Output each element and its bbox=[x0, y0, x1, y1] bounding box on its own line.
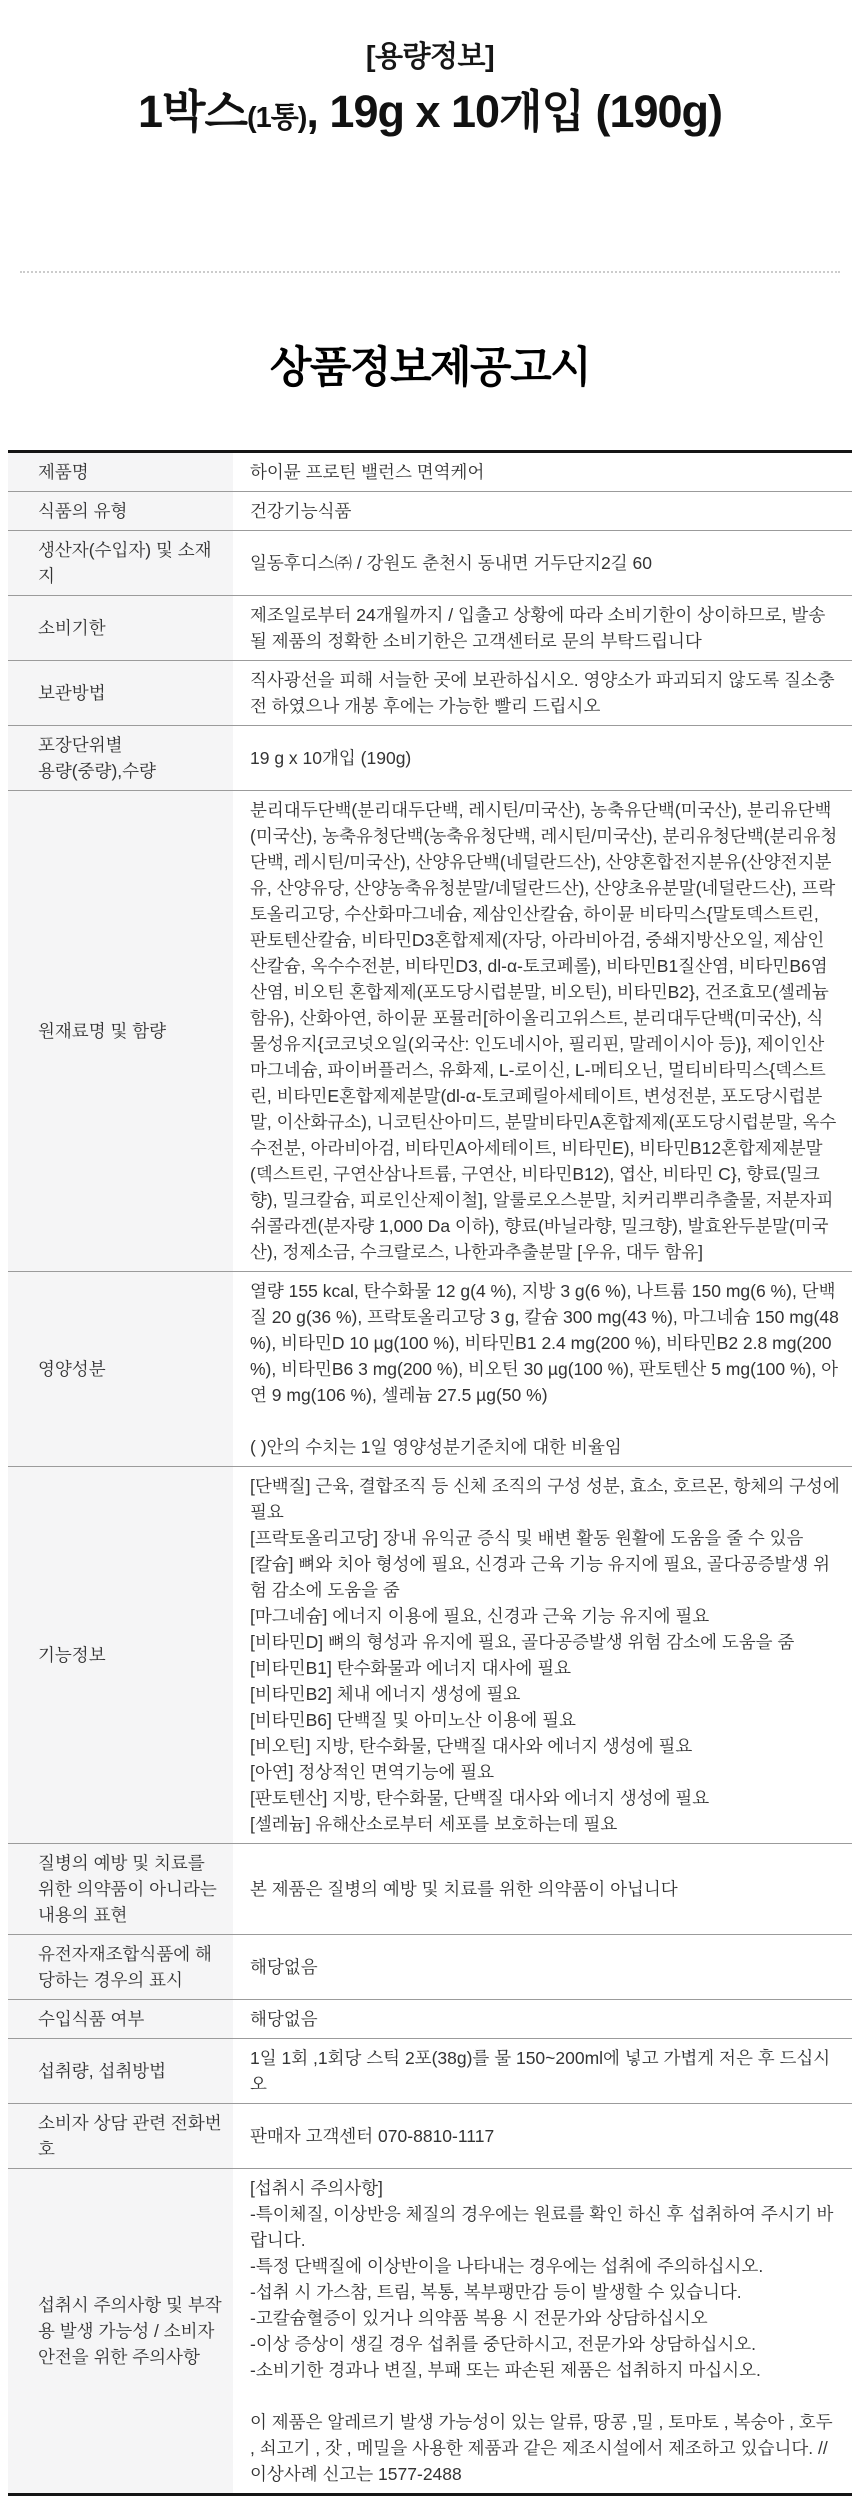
dotted-divider bbox=[20, 271, 840, 273]
spec-table-row: 수입식품 여부 해당없음 bbox=[8, 2000, 852, 2039]
spec-row-value: 제조일로부터 24개월까지 / 입출고 상황에 따라 소비기한이 상이하므로, … bbox=[233, 596, 852, 661]
spec-table-row: 원재료명 및 함량 분리대두단백(분리대두단백, 레시틴/미국산), 농축유단백… bbox=[8, 791, 852, 1272]
spec-row-label: 기능정보 bbox=[8, 1467, 233, 1844]
spec-row-value: 열량 155 kcal, 탄수화물 12 g(4 %), 지방 3 g(6 %)… bbox=[233, 1272, 852, 1467]
spec-row-label: 질병의 예방 및 치료를 위한 의약품이 아니라는 내용의 표현 bbox=[8, 1844, 233, 1935]
spec-row-value: 본 제품은 질병의 예방 및 치료를 위한 의약품이 아닙니다 bbox=[233, 1844, 852, 1935]
spec-row-value: [섭취시 주의사항] -특이체질, 이상반응 체질의 경우에는 원료를 확인 하… bbox=[233, 2169, 852, 2495]
spec-row-value: 직사광선을 피해 서늘한 곳에 보관하십시오. 영양소가 파괴되지 않도록 질소… bbox=[233, 661, 852, 726]
spec-table-row: 섭취시 주의사항 및 부작용 발생 가능성 / 소비자 안전을 위한 주의사항 … bbox=[8, 2169, 852, 2495]
spec-row-label: 소비기한 bbox=[8, 596, 233, 661]
spec-table-row: 영양성분 열량 155 kcal, 탄수화물 12 g(4 %), 지방 3 g… bbox=[8, 1272, 852, 1467]
spec-table-row: 섭취량, 섭취방법 1일 1회 ,1회당 스틱 2포(38g)를 물 150~2… bbox=[8, 2039, 852, 2104]
spec-row-label: 보관방법 bbox=[8, 661, 233, 726]
spec-table-body: 제품명 하이뮨 프로틴 밸런스 면역케어 식품의 유형 건강기능식품 생산자(수… bbox=[8, 452, 852, 2495]
spec-row-label: 제품명 bbox=[8, 452, 233, 492]
spec-row-label: 수입식품 여부 bbox=[8, 2000, 233, 2039]
spec-table-row: 포장단위별 용량(중량),수량 19 g x 10개입 (190g) bbox=[8, 726, 852, 791]
spec-row-label: 원재료명 및 함량 bbox=[8, 791, 233, 1272]
spec-row-value: 분리대두단백(분리대두단백, 레시틴/미국산), 농축유단백(미국산), 분리유… bbox=[233, 791, 852, 1272]
spec-table-row: 소비기한 제조일로부터 24개월까지 / 입출고 상황에 따라 소비기한이 상이… bbox=[8, 596, 852, 661]
spec-row-value: 해당없음 bbox=[233, 1935, 852, 2000]
spec-row-value: 19 g x 10개입 (190g) bbox=[233, 726, 852, 791]
capacity-rest: , 19g x 10개입 (190g) bbox=[306, 86, 722, 137]
spec-table-row: 보관방법 직사광선을 피해 서늘한 곳에 보관하십시오. 영양소가 파괴되지 않… bbox=[8, 661, 852, 726]
spec-row-label: 식품의 유형 bbox=[8, 492, 233, 531]
spec-row-label: 섭취량, 섭취방법 bbox=[8, 2039, 233, 2104]
spec-table-row: 생산자(수입자) 및 소재지 일동후디스㈜ / 강원도 춘천시 동내면 거두단지… bbox=[8, 531, 852, 596]
capacity-unit-small: (1통) bbox=[247, 102, 306, 134]
spec-table-row: 기능정보 [단백질] 근육, 결합조직 등 신체 조직의 구성 성분, 효소, … bbox=[8, 1467, 852, 1844]
spec-table-row: 제품명 하이뮨 프로틴 밸런스 면역케어 bbox=[8, 452, 852, 492]
spec-row-value: 판매자 고객센터 070-8810-1117 bbox=[233, 2104, 852, 2169]
spec-row-value: [단백질] 근육, 결합조직 등 신체 조직의 구성 성분, 효소, 호르몬, … bbox=[233, 1467, 852, 1844]
spec-row-value: 하이뮨 프로틴 밸런스 면역케어 bbox=[233, 452, 852, 492]
capacity-value: 1박스(1통), 19g x 10개입 (190g) bbox=[0, 86, 860, 144]
spec-row-value: 1일 1회 ,1회당 스틱 2포(38g)를 물 150~200ml에 넣고 가… bbox=[233, 2039, 852, 2104]
spec-row-label: 영양성분 bbox=[8, 1272, 233, 1467]
product-spec-table: 제품명 하이뮨 프로틴 밸런스 면역케어 식품의 유형 건강기능식품 생산자(수… bbox=[8, 450, 852, 2496]
spec-row-label: 포장단위별 용량(중량),수량 bbox=[8, 726, 233, 791]
spec-row-value: 건강기능식품 bbox=[233, 492, 852, 531]
spec-row-value: 해당없음 bbox=[233, 2000, 852, 2039]
spec-row-label: 섭취시 주의사항 및 부작용 발생 가능성 / 소비자 안전을 위한 주의사항 bbox=[8, 2169, 233, 2495]
spec-table-row: 질병의 예방 및 치료를 위한 의약품이 아니라는 내용의 표현 본 제품은 질… bbox=[8, 1844, 852, 1935]
capacity-main: 1박스 bbox=[138, 86, 247, 137]
capacity-section-label: [용량정보] bbox=[0, 40, 860, 74]
spec-table-row: 식품의 유형 건강기능식품 bbox=[8, 492, 852, 531]
spec-row-label: 생산자(수입자) 및 소재지 bbox=[8, 531, 233, 596]
spec-table-row: 소비자 상담 관련 전화번호 판매자 고객센터 070-8810-1117 bbox=[8, 2104, 852, 2169]
spec-row-label: 소비자 상담 관련 전화번호 bbox=[8, 2104, 233, 2169]
spec-row-value: 일동후디스㈜ / 강원도 춘천시 동내면 거두단지2길 60 bbox=[233, 531, 852, 596]
spec-table-row: 유전자재조합식품에 해당하는 경우의 표시 해당없음 bbox=[8, 1935, 852, 2000]
capacity-info-header: [용량정보] 1박스(1통), 19g x 10개입 (190g) bbox=[0, 0, 860, 144]
spec-row-label: 유전자재조합식품에 해당하는 경우의 표시 bbox=[8, 1935, 233, 2000]
page-title: 상품정보제공고시 bbox=[0, 343, 860, 393]
